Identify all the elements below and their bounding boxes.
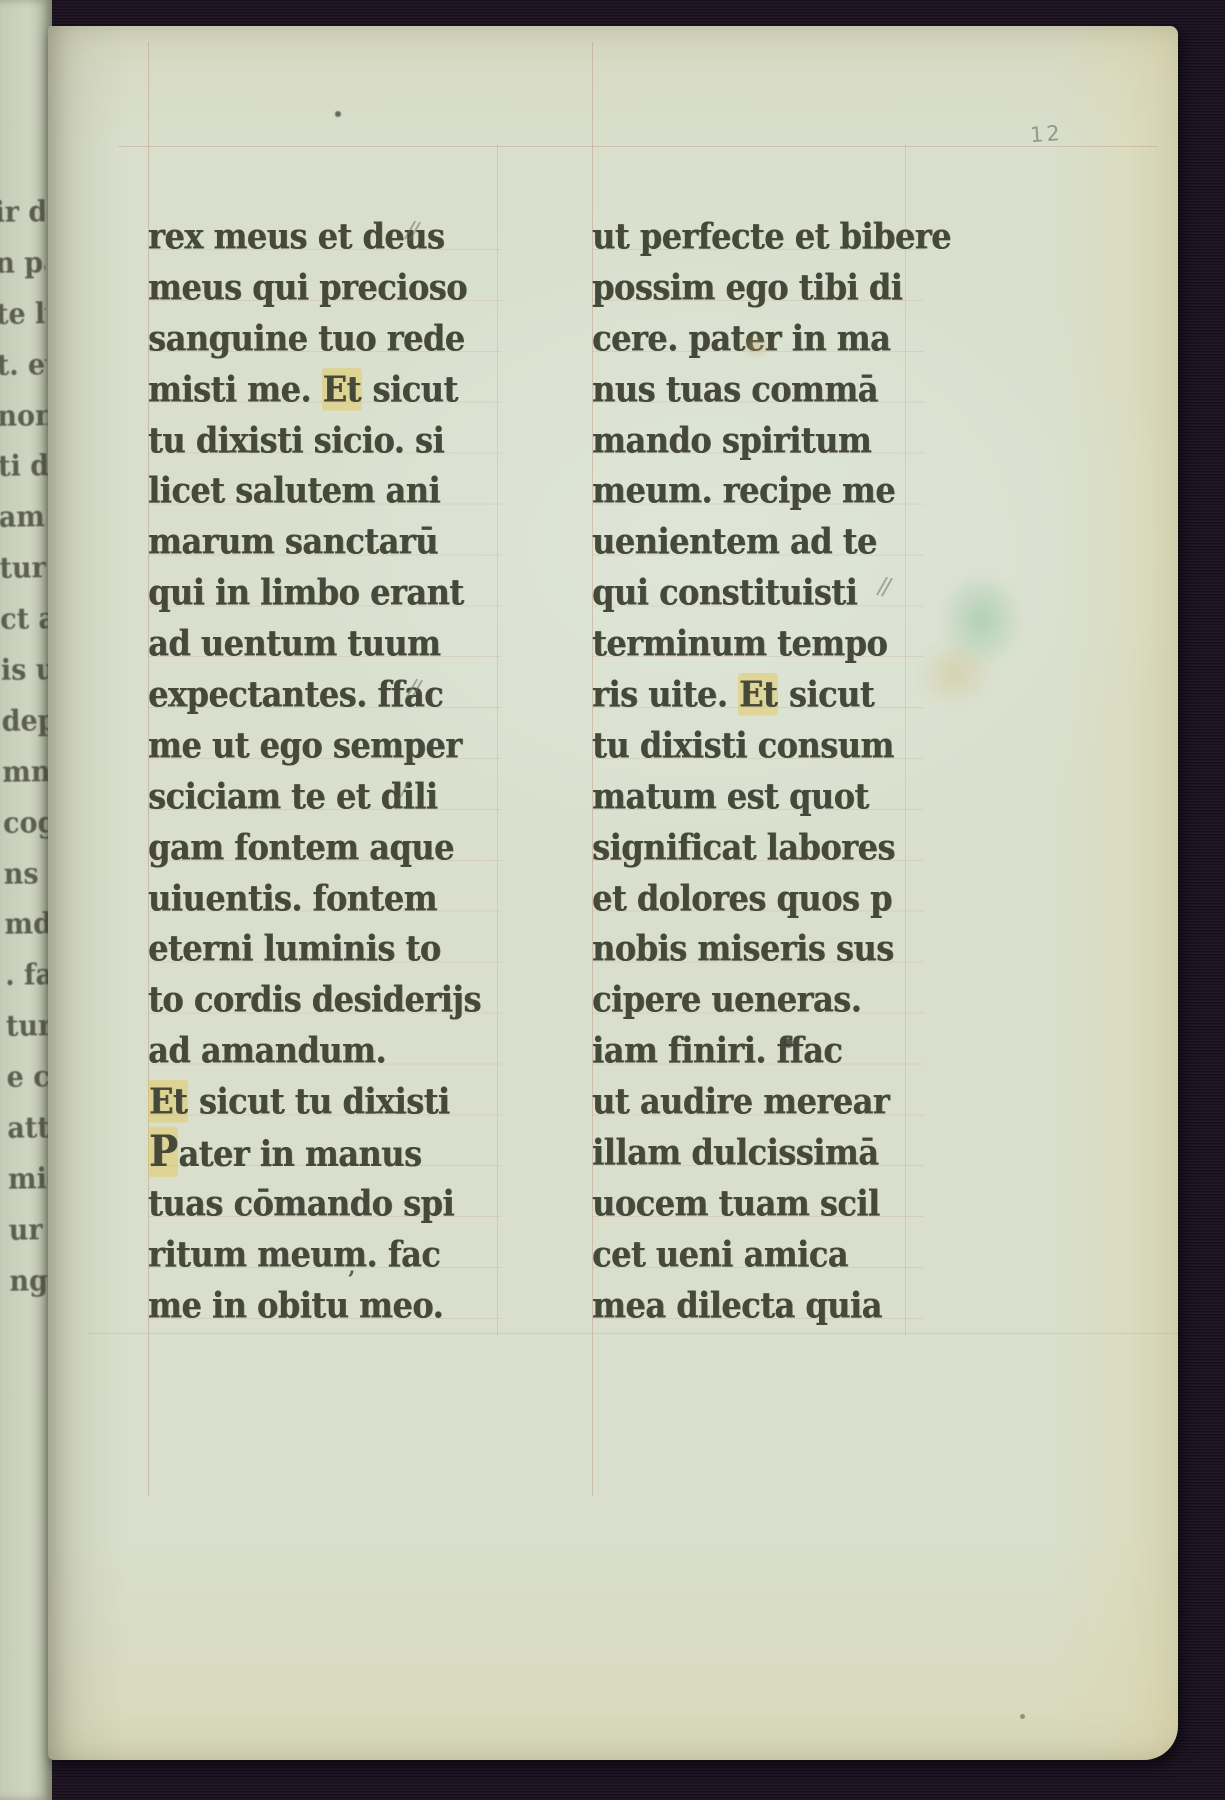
manuscript-line: ris uite. Et sicut	[592, 666, 924, 723]
manuscript-line: mea dilecta quia	[592, 1277, 924, 1334]
text-column-right: ut perfecte et biberepossim ego tibi dic…	[592, 212, 924, 1332]
manuscript-line: ritum meum. fac	[148, 1226, 502, 1283]
manuscript-line: Pater in manus	[148, 1124, 502, 1181]
pen-mark: ‚	[348, 1254, 356, 1280]
manuscript-line: et dolores quos p	[592, 870, 924, 927]
manuscript-line: cere. pater in ma	[592, 310, 924, 367]
manuscript-line: ut audire merear	[592, 1073, 924, 1130]
margin-fragment: attr	[5, 1102, 52, 1158]
folio-number: 12	[1029, 121, 1063, 147]
margin-fragment: mnesch	[0, 745, 52, 801]
manuscript-line: iam finiri. ffac	[592, 1023, 924, 1080]
rust-speck	[1020, 1714, 1025, 1719]
manuscript-line: qui constituisti	[592, 565, 924, 622]
margin-fragment: cogmé	[1, 796, 52, 852]
tan-stain	[916, 638, 994, 708]
margin-fragment: n parab	[0, 237, 46, 293]
margin-fragment: deptsch	[0, 695, 52, 751]
manuscript-line: tu dixisti sicio. si	[148, 412, 502, 469]
manuscript-line: nus tuas commā	[592, 361, 924, 418]
manuscript-line: rex meus et deus	[148, 208, 502, 265]
margin-fragment: ur cd	[6, 1203, 52, 1259]
manuscript-line: meum. recipe me	[592, 463, 924, 520]
margin-fragment: ngt	[7, 1254, 52, 1310]
margin-fragment: am nt	[0, 491, 49, 547]
manuscript-line: possim ego tibi di	[592, 259, 924, 316]
manuscript-line: uenientem ad te	[592, 514, 924, 571]
manuscript-line: tu dixisti consum	[592, 717, 924, 774]
margin-fragment: ns deus	[1, 847, 52, 903]
margin-fragment: ir der n	[0, 186, 45, 242]
margin-fragment: ti desp	[0, 440, 48, 496]
manuscript-line: significat labores	[592, 819, 924, 876]
previous-folio-edge: ir der nn parabte lychtt. eynscnons. hti…	[0, 0, 52, 1800]
margin-fragment: md der	[2, 898, 52, 954]
manuscript-line: meus qui precioso	[148, 259, 502, 316]
manuscript-photo: { "folio": { "number": "12" }, "manuscri…	[0, 0, 1225, 1800]
manuscript-line: illam dulcissimā	[592, 1124, 924, 1181]
margin-fragment: tur ma	[0, 542, 50, 598]
manuscript-line: tuas cōmando spi	[148, 1175, 502, 1232]
manuscript-line: ad uentum tuum	[148, 615, 502, 672]
manuscript-line: Et sicut tu dixisti	[148, 1073, 502, 1130]
manuscript-line: uiuentis. fontem	[148, 870, 502, 927]
margin-fragment: is ucr	[0, 644, 51, 700]
yellow-touched-initial: P	[148, 1127, 178, 1177]
manuscript-line: ut perfecte et bibere	[592, 208, 924, 265]
green-pigment-stain	[938, 578, 1024, 670]
manuscript-line: cipere ueneras.	[592, 972, 924, 1029]
manuscript-line: marum sanctarū	[148, 514, 502, 571]
manuscript-line: gam fontem aque	[148, 819, 502, 876]
manuscript-line: terminum tempo	[592, 615, 924, 672]
manuscript-line: sanguine tuo rede	[148, 310, 502, 367]
ruling-horizontal-top	[118, 146, 1158, 147]
margin-fragment: ct am	[0, 593, 51, 649]
manuscript-line: mando spiritum	[592, 412, 924, 469]
manuscript-line: expectantes. ffac	[148, 666, 502, 723]
yellow-touched-initial: Et	[322, 368, 362, 411]
manuscript-line: me in obitu meo.	[148, 1277, 502, 1334]
manuscript-line: me ut ego semper	[148, 717, 502, 774]
margin-fragment: . fac p	[3, 949, 52, 1005]
manuscript-line: to cordis desiderijs	[148, 972, 502, 1029]
manuscript-line: misti me. Et sicut	[148, 361, 502, 418]
margin-fragments-container: ir der nn parabte lychtt. eynscnons. hti…	[0, 188, 52, 1308]
margin-fragment: t. eynsc	[0, 338, 47, 394]
manuscript-line: ad amandum.	[148, 1023, 502, 1080]
margin-fragment: mid	[6, 1152, 52, 1208]
yellow-touched-initial: Et	[738, 673, 778, 716]
manuscript-line: qui in limbo erant	[148, 565, 502, 622]
manuscript-line: licet salutem ani	[148, 463, 502, 520]
margin-fragment: te lycht	[0, 287, 46, 343]
yellow-touched-initial: Et	[148, 1080, 188, 1123]
manuscript-line: uocem tuam scil	[592, 1175, 924, 1232]
manuscript-line: nobis miseris sus	[592, 921, 924, 978]
manuscript-line: cet ueni amica	[592, 1226, 924, 1283]
manuscript-page: rex meus et deusmeus qui preciososanguin…	[48, 26, 1178, 1760]
margin-fragment: tur ut	[4, 1000, 52, 1056]
manuscript-line: eterni luminis to	[148, 921, 502, 978]
text-column-left: rex meus et deusmeus qui preciososanguin…	[148, 212, 502, 1332]
margin-fragment: e cr ar	[4, 1051, 52, 1107]
manuscript-line: sciciam te et dili	[148, 768, 502, 825]
margin-fragment: nons. h	[0, 389, 48, 445]
ink-speck	[335, 111, 341, 117]
manuscript-line: matum est quot	[592, 768, 924, 825]
